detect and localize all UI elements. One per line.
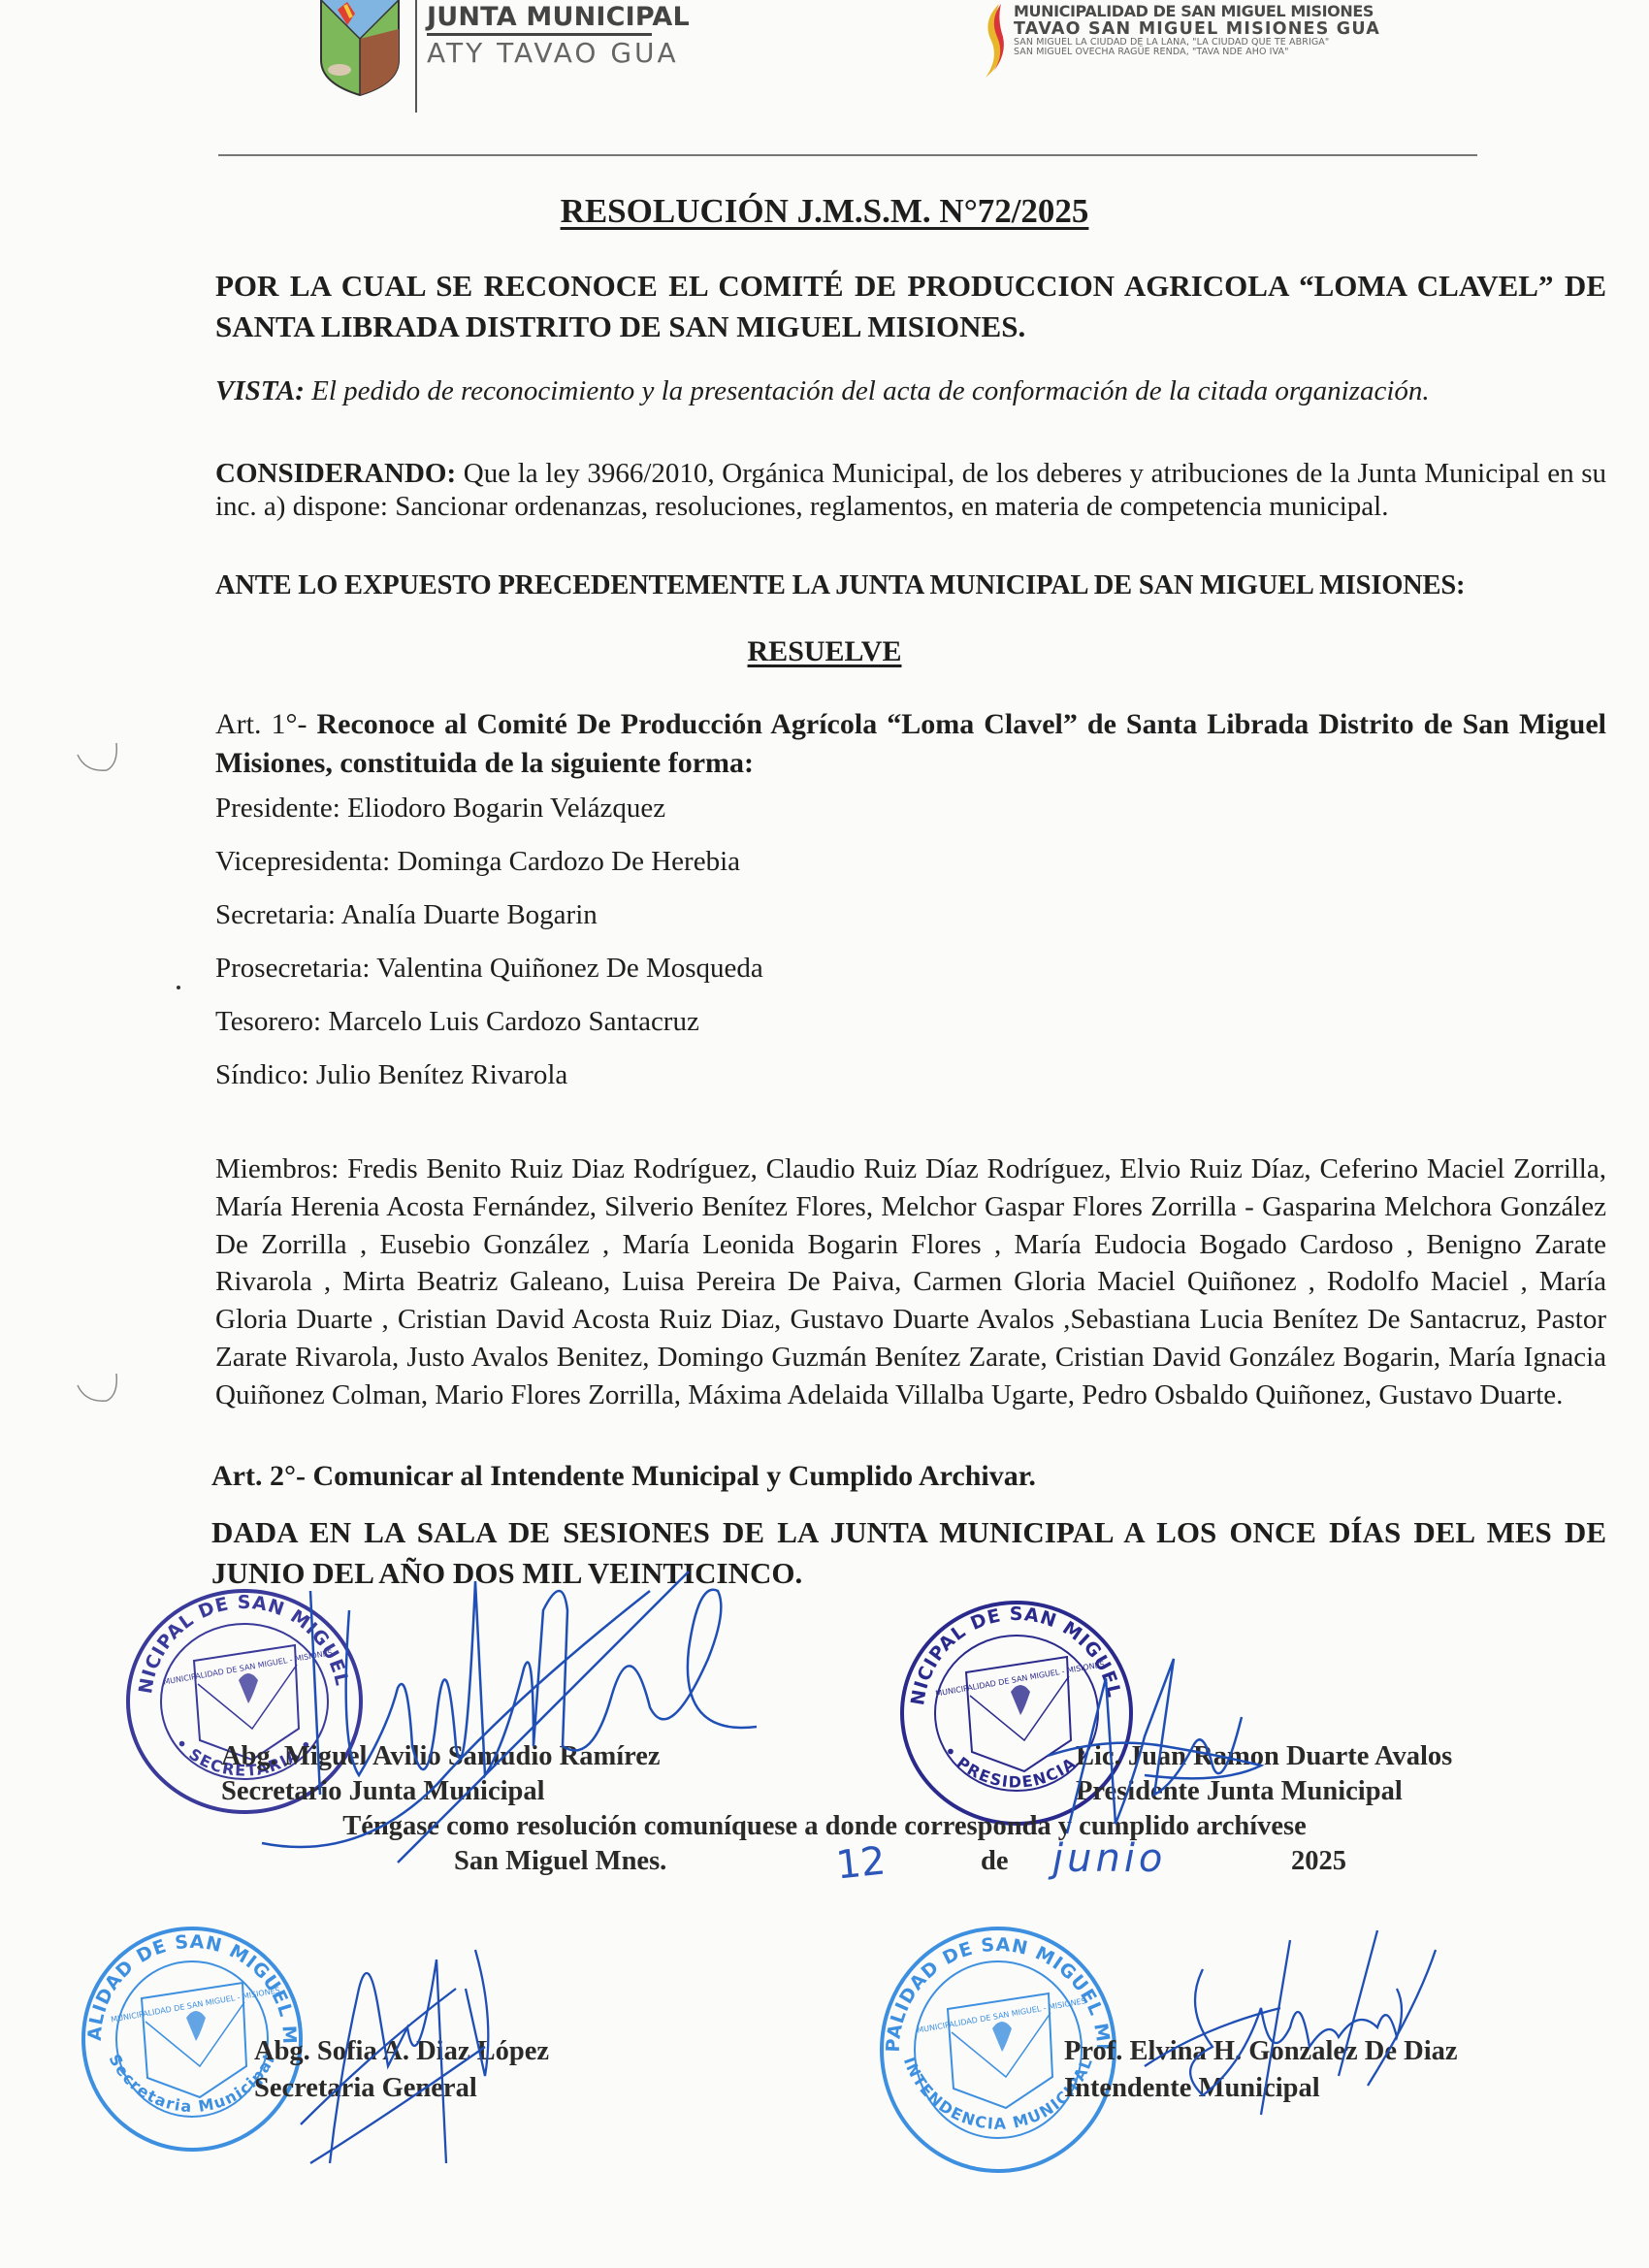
junta-title-underline bbox=[427, 33, 652, 36]
header-rule bbox=[218, 154, 1477, 156]
vista-text: El pedido de reconocimiento y la present… bbox=[305, 375, 1430, 406]
considerando-label: CONSIDERANDO: bbox=[215, 458, 456, 489]
officers-list: Presidente: Eliodoro Bogarin Velázquez V… bbox=[215, 792, 763, 1112]
promulgation-year: 2025 bbox=[1291, 1845, 1346, 1878]
officer-name: Valentina Quiñonez De Mosqueda bbox=[376, 953, 763, 984]
svg-text:JUNTA MUNICIPAL DE SAN MIGUEL: JUNTA MUNICIPAL DE SAN MIGUEL MISIONES bbox=[114, 1571, 354, 1696]
members-label: Miembros: bbox=[215, 1153, 339, 1184]
article-1-text: Reconoce al Comité De Producción Agrícol… bbox=[215, 708, 1606, 779]
margin-punch-mark bbox=[76, 735, 124, 774]
junta-secretary-role: Secretario Junta Municipal bbox=[221, 1775, 545, 1808]
coat-of-arms-icon bbox=[318, 0, 402, 97]
general-secretary-role: Secretaria General bbox=[254, 2072, 477, 2105]
officer-role: Secretaria: bbox=[215, 899, 336, 930]
municipality-name: MUNICIPALIDAD DE SAN MIGUEL MISIONES bbox=[1014, 4, 1380, 20]
officer-name: Analía Duarte Bogarin bbox=[341, 899, 598, 930]
officer-role: Síndico: bbox=[215, 1059, 309, 1090]
intendente-role: Intendente Municipal bbox=[1064, 2072, 1320, 2105]
flame-logo-icon bbox=[980, 4, 1007, 78]
junta-subtitle: ATY TAVAO GUA bbox=[427, 37, 679, 69]
officer-name: Dominga Cardozo De Herebia bbox=[397, 846, 740, 877]
margin-dot bbox=[177, 986, 180, 989]
resolution-title: RESOLUCIÓN J.M.S.M. N°72/2025 bbox=[0, 192, 1649, 231]
junta-president-name: Lic. Juan Ramon Duarte Avalos bbox=[1076, 1740, 1452, 1773]
officer-role: Prosecretaria: bbox=[215, 953, 370, 984]
vista-paragraph: VISTA: El pedido de reconocimiento y la … bbox=[215, 374, 1606, 407]
margin-punch-mark bbox=[76, 1368, 124, 1407]
officer-role: Vicepresidenta: bbox=[215, 846, 390, 877]
handwritten-month: junio bbox=[1052, 1836, 1166, 1881]
article-1: Art. 1°- Reconoce al Comité De Producció… bbox=[215, 705, 1606, 783]
header-divider bbox=[415, 0, 417, 113]
vista-label: VISTA: bbox=[215, 375, 305, 406]
junta-secretary-name: Abg. Miguel Avilio Samudio Ramírez bbox=[221, 1740, 661, 1773]
dada-en-la-sala: DADA EN LA SALA DE SESIONES DE LA JUNTA … bbox=[211, 1512, 1606, 1594]
municipality-header: MUNICIPALIDAD DE SAN MIGUEL MISIONES TAV… bbox=[1014, 4, 1380, 57]
officer-row: Prosecretaria: Valentina Quiñonez De Mos… bbox=[215, 952, 763, 1005]
general-secretary-name: Abg. Sofia A. Diaz López bbox=[254, 2035, 549, 2068]
officer-row: Síndico: Julio Benítez Rivarola bbox=[215, 1058, 763, 1112]
resuelve-heading: RESUELVE bbox=[0, 635, 1649, 668]
officer-row: Tesorero: Marcelo Luis Cardozo Santacruz bbox=[215, 1005, 763, 1058]
promulgation-text: Téngase como resolución comuníquese a do… bbox=[0, 1810, 1649, 1843]
municipality-guarani-name: TAVAO SAN MIGUEL MISIONES GUA bbox=[1014, 20, 1380, 38]
officer-row: Vicepresidenta: Dominga Cardozo De Hereb… bbox=[215, 845, 763, 898]
officer-name: Julio Benítez Rivarola bbox=[316, 1059, 567, 1090]
intendente-name: Prof. Elvina H. Gonzalez De Diaz bbox=[1064, 2035, 1458, 2068]
svg-text:JUNTA MUNICIPAL DE SAN MIGUEL: JUNTA MUNICIPAL DE SAN MIGUEL MISIONES bbox=[889, 1582, 1126, 1707]
promulgation-place: San Miguel Mnes. bbox=[454, 1845, 666, 1878]
junta-title: JUNTA MUNICIPAL bbox=[427, 2, 690, 32]
officer-row: Secretaria: Analía Duarte Bogarin bbox=[215, 898, 763, 952]
members-paragraph: Miembros: Fredis Benito Ruiz Diaz Rodríg… bbox=[215, 1150, 1606, 1414]
article-2: Art. 2°- Comunicar al Intendente Municip… bbox=[211, 1460, 1036, 1493]
handwritten-day: 12 bbox=[834, 1838, 888, 1888]
article-1-label: Art. 1°- bbox=[215, 708, 317, 740]
officer-role: Tesorero: bbox=[215, 1006, 321, 1037]
municipality-motto-guarani: SAN MIGUEL OVECHA RAGÜE RENDA, "TAVA NDE… bbox=[1014, 48, 1380, 57]
officer-role: Presidente: bbox=[215, 793, 340, 824]
officer-name: Eliodoro Bogarin Velázquez bbox=[347, 793, 665, 824]
junta-president-role: Presidente Junta Municipal bbox=[1076, 1775, 1403, 1808]
members-text: Fredis Benito Ruiz Diaz Rodríguez, Claud… bbox=[215, 1153, 1606, 1410]
officer-row: Presidente: Eliodoro Bogarin Velázquez bbox=[215, 792, 763, 845]
promulgation-de: de bbox=[981, 1845, 1009, 1878]
ante-lo-expuesto: ANTE LO EXPUESTO PRECEDENTEMENTE LA JUNT… bbox=[215, 570, 1465, 601]
officer-name: Marcelo Luis Cardozo Santacruz bbox=[328, 1006, 699, 1037]
considerando-paragraph: CONSIDERANDO: Que la ley 3966/2010, Orgá… bbox=[215, 457, 1606, 523]
svg-text:• PRESIDENCIA •: • PRESIDENCIA • bbox=[940, 1742, 1093, 1792]
resolution-subject: POR LA CUAL SE RECONOCE EL COMITÉ DE PRO… bbox=[215, 266, 1606, 347]
